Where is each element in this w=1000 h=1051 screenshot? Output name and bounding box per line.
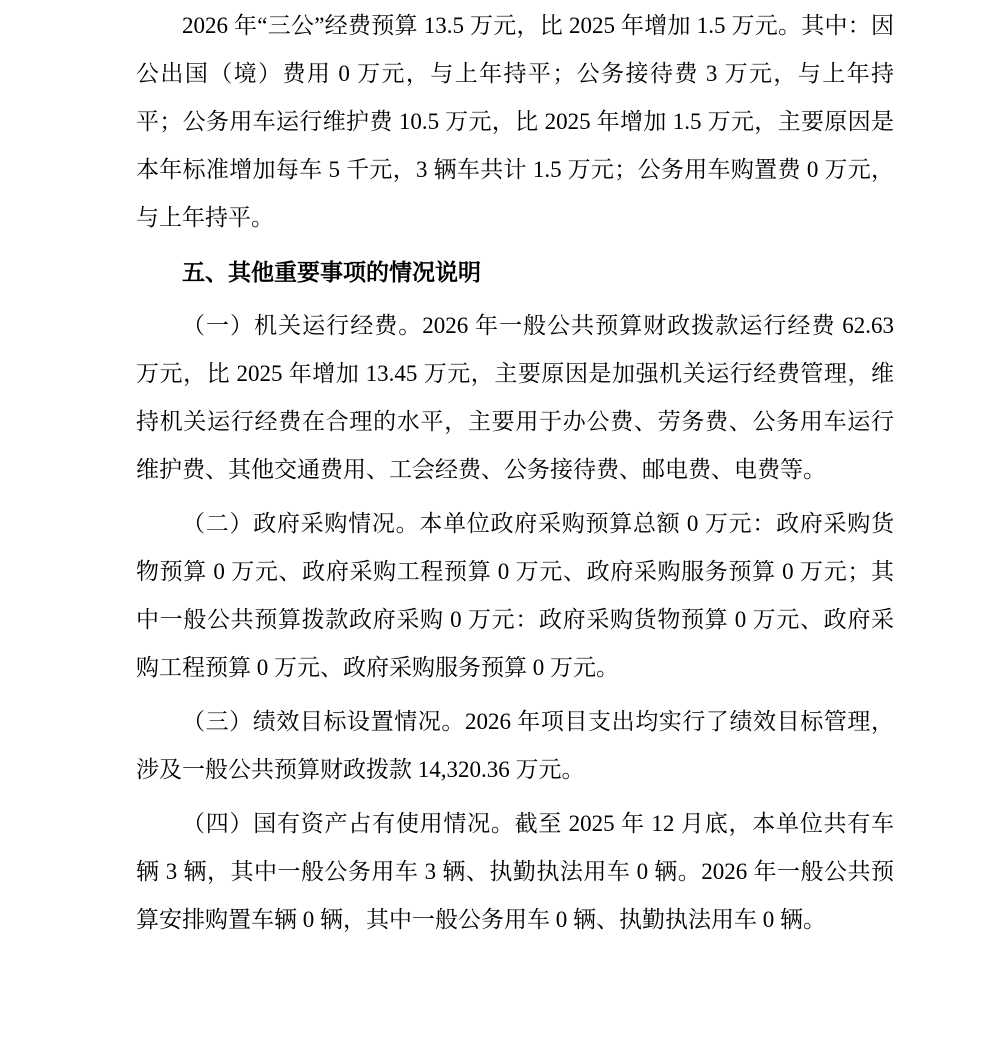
document-page: 2026 年“三公”经费预算 13.5 万元，比 2025 年增加 1.5 万元… (0, 0, 1000, 1051)
section-heading-other-important-matters: 五、其他重要事项的情况说明 (136, 248, 894, 296)
paragraph-performance-target-setting: （三）绩效目标设置情况。2026 年项目支出均实行了绩效目标管理，涉及一般公共预… (136, 698, 894, 794)
paragraph-state-owned-assets-usage: （四）国有资产占有使用情况。截至 2025 年 12 月底，本单位共有车辆 3 … (136, 800, 894, 944)
paragraph-government-procurement: （二）政府采购情况。本单位政府采购预算总额 0 万元：政府采购货物预算 0 万元… (136, 500, 894, 692)
paragraph-three-public-expenses-budget: 2026 年“三公”经费预算 13.5 万元，比 2025 年增加 1.5 万元… (136, 2, 894, 242)
paragraph-agency-operating-funds: （一）机关运行经费。2026 年一般公共预算财政拨款运行经费 62.63 万元，… (136, 302, 894, 494)
